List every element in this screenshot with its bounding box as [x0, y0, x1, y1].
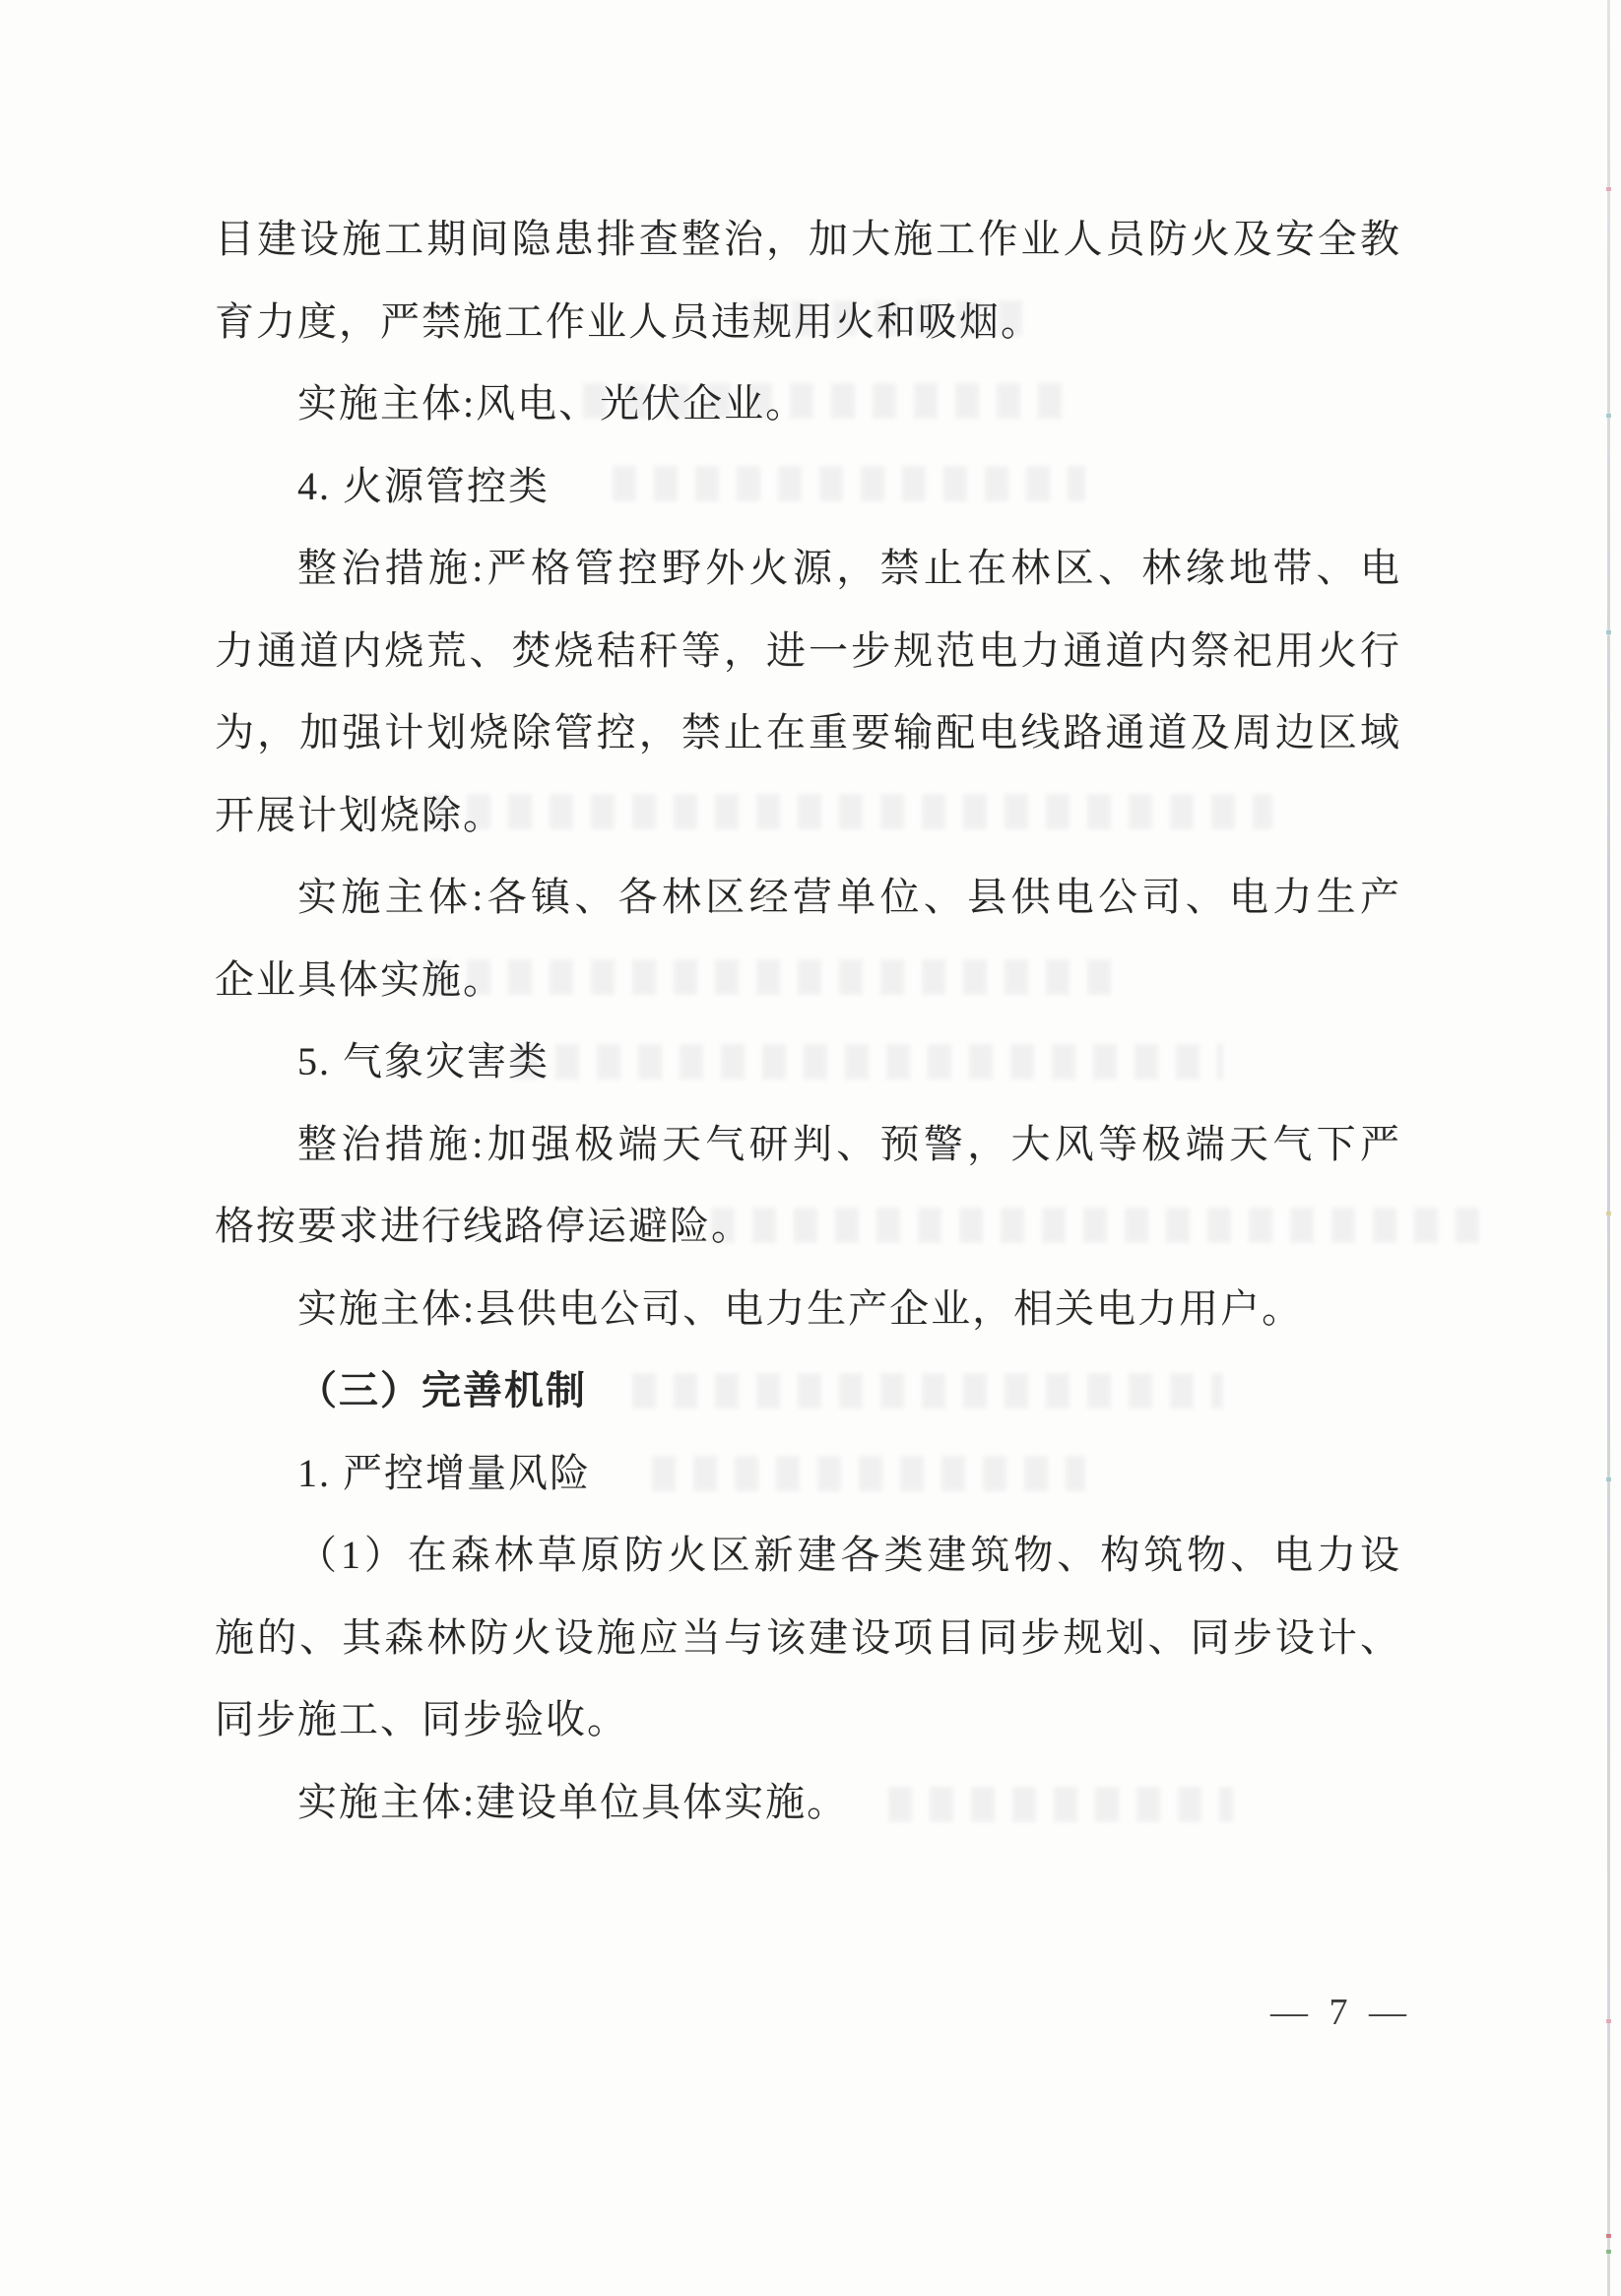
- scanned-document-page: { "page": { "number_label": "— 7 —" }, "…: [0, 0, 1621, 2296]
- scan-artifact: [1606, 1477, 1611, 1481]
- body-text-line: 整治措施:加强极端天气研判、预警，大风等极端天气下严: [215, 1103, 1401, 1186]
- document-body: 目建设施工期间隐患排查整治，加大施工作业人员防火及安全教育力度，严禁施工作业人员…: [215, 198, 1401, 1843]
- body-text-line: 为，加强计划烧除管控，禁止在重要输配电线路通道及周边区域: [215, 691, 1401, 774]
- bleedthrough-artifact: [652, 1456, 1085, 1491]
- bleedthrough-artifact: [425, 794, 1272, 829]
- scan-artifact: [1606, 2234, 1611, 2238]
- body-text-line: 同步施工、同步验收。: [215, 1678, 1401, 1761]
- body-text-line: 实施主体:各镇、各林区经营单位、县供电公司、电力生产: [215, 856, 1401, 939]
- scan-artifact: [1606, 1212, 1611, 1215]
- scan-artifact: [1606, 2019, 1611, 2023]
- scan-artifact: [1606, 2250, 1611, 2254]
- body-text-line: 施的、其森林防火设施应当与该建设项目同步规划、同步设计、: [215, 1597, 1401, 1679]
- bleedthrough-artifact: [711, 1208, 1479, 1243]
- body-text-line: 实施主体:县供电公司、电力生产企业，相关电力用户。: [215, 1268, 1401, 1350]
- bleedthrough-artifact: [632, 1373, 1223, 1409]
- body-text-line: 目建设施工期间隐患排查整治，加大施工作业人员防火及安全教: [215, 198, 1401, 281]
- body-text-line: 整治措施:严格管控野外火源，禁止在林区、林缘地带、电: [215, 527, 1401, 610]
- bleedthrough-artifact: [425, 959, 1115, 995]
- scan-artifact: [1606, 187, 1611, 191]
- body-text-line: （1）在森林草原防火区新建各类建筑物、构筑物、电力设: [215, 1514, 1401, 1597]
- bleedthrough-artifact: [888, 1787, 1233, 1822]
- scan-artifact: [1606, 414, 1611, 418]
- bleedthrough-artifact: [613, 466, 1085, 501]
- bleedthrough-artifact: [514, 1044, 1223, 1080]
- body-text-line: 力通道内烧荒、焚烧秸秆等，进一步规范电力通道内祭祀用火行: [215, 610, 1401, 692]
- bleedthrough-artifact: [750, 300, 1026, 336]
- page-number: — 7 —: [1270, 1991, 1412, 2034]
- bleedthrough-artifact: [583, 383, 1075, 419]
- scan-edge-line: [1607, 0, 1610, 2296]
- scan-artifact: [1606, 630, 1611, 634]
